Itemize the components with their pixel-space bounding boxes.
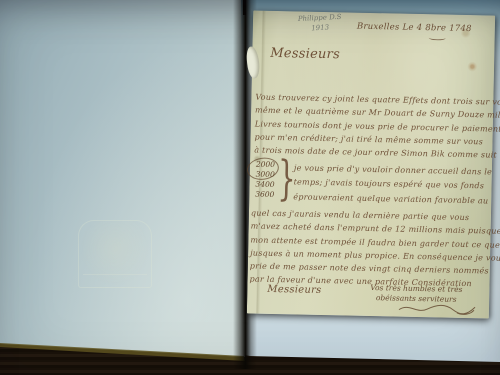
spine-cord xyxy=(243,0,246,15)
letter-dateline: Bruxelles Le 4 8bre 1748 xyxy=(357,22,472,34)
letter-salutation: Messieurs xyxy=(270,46,340,62)
letter-line: éprouveraient quelque variation favorabl… xyxy=(293,192,491,211)
letter-paragraph-3: quel cas j'aurais vendu la dernière part… xyxy=(249,208,500,293)
photo-of-letter: Philippe D.S 1913 Bruxelles Le 4 8bre 17… xyxy=(0,0,500,375)
letter-paragraph-2: je vous prie d'y vouloir donner accueil … xyxy=(293,163,492,210)
margin-amount: 3600 xyxy=(249,189,274,200)
signature-flourish-icon xyxy=(397,301,477,317)
date-underline-flourish xyxy=(429,35,446,40)
watermark-emblem-icon xyxy=(78,220,152,288)
margin-amount: 3400 xyxy=(249,179,274,190)
album-page-left xyxy=(0,0,250,375)
pencil-annotation: Philippe D.S 1913 xyxy=(281,12,360,35)
letter-sheet: Philippe D.S 1913 Bruxelles Le 4 8bre 17… xyxy=(247,10,495,318)
closing-salutation: Messieurs xyxy=(267,284,321,296)
